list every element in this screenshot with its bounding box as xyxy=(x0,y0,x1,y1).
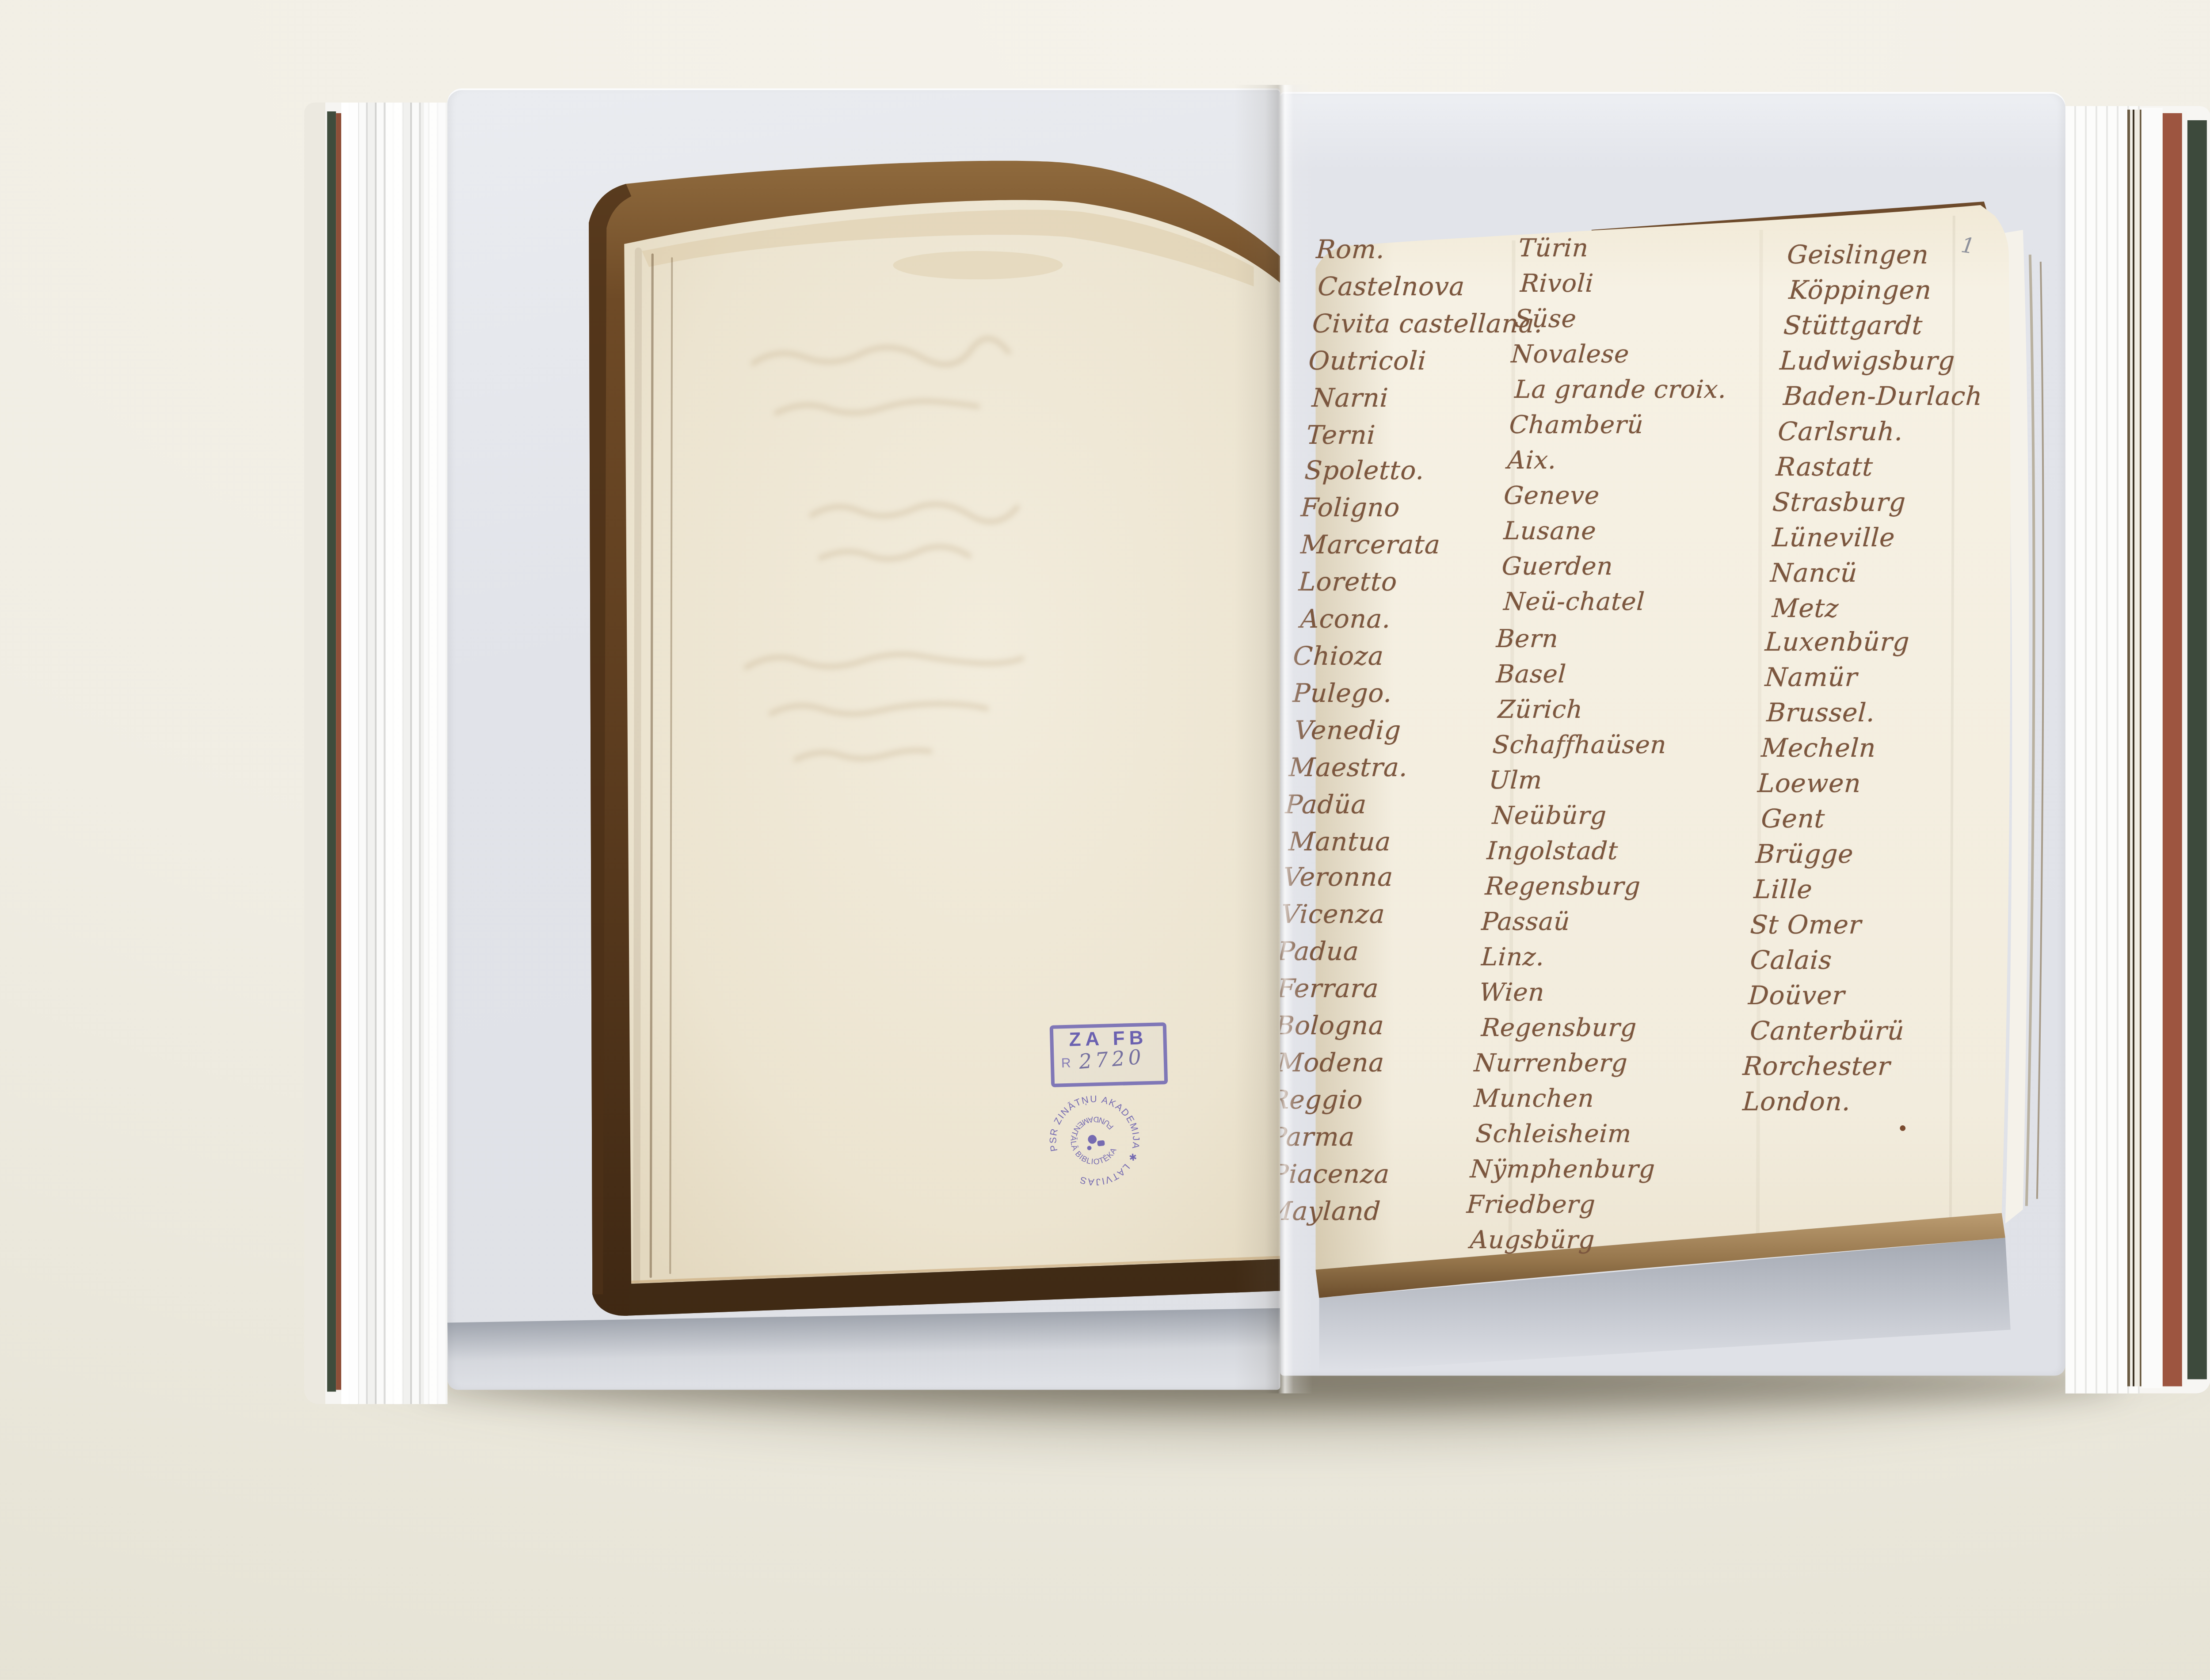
manuscript-cover-photo xyxy=(447,88,1280,1390)
manuscript-entry: Zürich xyxy=(1497,693,1711,728)
manuscript-entry: Brussel. xyxy=(1765,699,1966,735)
manuscript-entry: Narni xyxy=(1311,381,1540,419)
red-endpaper-edge xyxy=(336,113,341,1390)
manuscript-entry: Spoletto. xyxy=(1303,455,1536,492)
manuscript-entry: Bern xyxy=(1495,621,1714,657)
right-page-edge-stack xyxy=(2065,106,2210,1394)
manuscript-entry: Wien xyxy=(1478,976,1696,1011)
stamp-center-mark xyxy=(1087,1134,1098,1145)
manuscript-entry: Acona. xyxy=(1299,603,1528,640)
manuscript-entry: Schleisheim xyxy=(1475,1118,1688,1153)
manuscript-entry: Ingolstadt xyxy=(1486,834,1703,870)
manuscript-entry: Köppingen xyxy=(1788,276,1989,311)
manuscript-entry: Brügge xyxy=(1755,840,1959,876)
manuscript-entry: Geislingen xyxy=(1786,240,1991,276)
manuscript-entry: Calais xyxy=(1749,946,1954,982)
left-page-edge-stack xyxy=(304,103,447,1404)
left-book-page: ZA FB R 2720 PSR ZINĀTŅU AKADEMIJA ✱ LAT… xyxy=(447,88,1280,1390)
manuscript-entry: Guerden xyxy=(1501,551,1718,586)
manuscript-entry: Nancü xyxy=(1769,558,1974,594)
manuscript-entry: Schaffhaüsen xyxy=(1491,728,1708,763)
manuscript-entry: Rastatt xyxy=(1775,452,1980,488)
manuscript-entry: Carlsruh. xyxy=(1777,417,1981,452)
green-endpaper-edge xyxy=(327,111,336,1392)
under-leaf-edges xyxy=(2027,255,2043,1206)
printed-page-edges xyxy=(2127,110,2141,1387)
manuscript-entry: Süse xyxy=(1514,302,1731,338)
manuscript-entry: Foligno xyxy=(1300,492,1534,530)
manuscript-entry: Regensburg xyxy=(1480,1012,1694,1047)
manuscript-entry: Geneve xyxy=(1503,480,1722,515)
page-edges xyxy=(2182,111,2187,1385)
manuscript-entry: Rorchester xyxy=(1742,1052,1948,1087)
manuscript-entry: Stüttgardt xyxy=(1782,311,1987,347)
gutter-shadow xyxy=(1234,85,1330,1394)
manuscript-entry: Munchen xyxy=(1473,1082,1690,1118)
manuscript-entry: Outricoli xyxy=(1307,344,1542,381)
manuscript-entry: Chamberü xyxy=(1508,409,1725,444)
manuscript-entry: Neübürg xyxy=(1491,799,1705,834)
manuscript-entry: Lusane xyxy=(1503,515,1720,551)
red-endpaper-edge xyxy=(2163,113,2182,1387)
page-edges xyxy=(2141,108,2163,1388)
manuscript-entry: Baden-Durlach xyxy=(1782,381,1983,417)
manuscript-entry: Linz. xyxy=(1480,941,1697,976)
manuscript-entry: Rom. xyxy=(1315,233,1547,270)
manuscript-entry: Loewen xyxy=(1757,770,1963,805)
stamp-number-handwritten: 2720 xyxy=(1078,1044,1146,1074)
stamp-center-mark xyxy=(1086,1145,1092,1151)
stain xyxy=(893,251,1063,279)
manuscript-entry: Civita castellana. xyxy=(1311,307,1544,344)
manuscript-entry: Lille xyxy=(1753,876,1958,911)
manuscript-entry: Aix. xyxy=(1506,444,1723,480)
manuscript-entry: Castelnova xyxy=(1317,270,1546,308)
manuscript-entry: Passaü xyxy=(1480,905,1699,941)
manuscript-entry: Mecheln xyxy=(1760,735,1965,770)
manuscript-entry: Terni xyxy=(1305,418,1538,455)
photo-of-open-art-book: ZA FB R 2720 PSR ZINĀTŅU AKADEMIJA ✱ LAT… xyxy=(0,0,2210,1680)
stamp-prefix: R xyxy=(1061,1055,1071,1071)
manuscript-entry: Ulm xyxy=(1488,763,1707,799)
manuscript-entry: Lüneville xyxy=(1771,523,1976,558)
manuscript-entry: Metz xyxy=(1771,593,1972,629)
right-book-page: Rom.CastelnovaCivita castellana.Outricol… xyxy=(1280,92,2065,1376)
manuscript-entry: London. xyxy=(1741,1087,1946,1123)
manuscript-entry: Nÿmphenburg xyxy=(1469,1153,1686,1189)
green-endpaper-edge xyxy=(2187,120,2207,1379)
photo-inner-shadow xyxy=(447,1308,1280,1390)
manuscript-entry: Canterbürü xyxy=(1749,1017,1950,1052)
manuscript-entry: La grande croix. xyxy=(1514,373,1727,409)
library-accession-stamp: ZA FB R 2720 xyxy=(1050,1022,1168,1087)
page-edges xyxy=(341,103,447,1404)
manuscript-entry: St Omer xyxy=(1749,911,1955,946)
manuscript-entry: Gent xyxy=(1760,805,1961,840)
manuscript-entry: Luxenbürg xyxy=(1764,629,1970,664)
manuscript-entry: Ludwigsburg xyxy=(1779,347,1985,382)
manuscript-entry: Namür xyxy=(1764,664,1969,699)
manuscript-entry: Friedberg xyxy=(1466,1189,1684,1224)
manuscript-entry: Regensburg xyxy=(1484,870,1701,905)
manuscript-entry: Türin xyxy=(1517,232,1734,267)
manuscript-entry: Nurrenberg xyxy=(1473,1047,1692,1082)
manuscript-entry: Novalese xyxy=(1510,338,1729,373)
manuscript-entry: Neü-chatel xyxy=(1502,586,1716,621)
stamp-center-mark xyxy=(1097,1140,1105,1147)
manuscript-entry: Strasburg xyxy=(1772,488,1978,523)
manuscript-entry: Marcerata xyxy=(1299,529,1532,566)
manuscript-entry: Basel xyxy=(1495,657,1712,693)
ink-speck xyxy=(1900,1125,1905,1131)
manuscript-entry: Doüver xyxy=(1747,981,1952,1017)
manuscript-entry: Augsbürg xyxy=(1469,1224,1683,1260)
manuscript-entry: Loretto xyxy=(1298,566,1530,603)
manuscript-entry: Rivoli xyxy=(1519,267,1733,302)
